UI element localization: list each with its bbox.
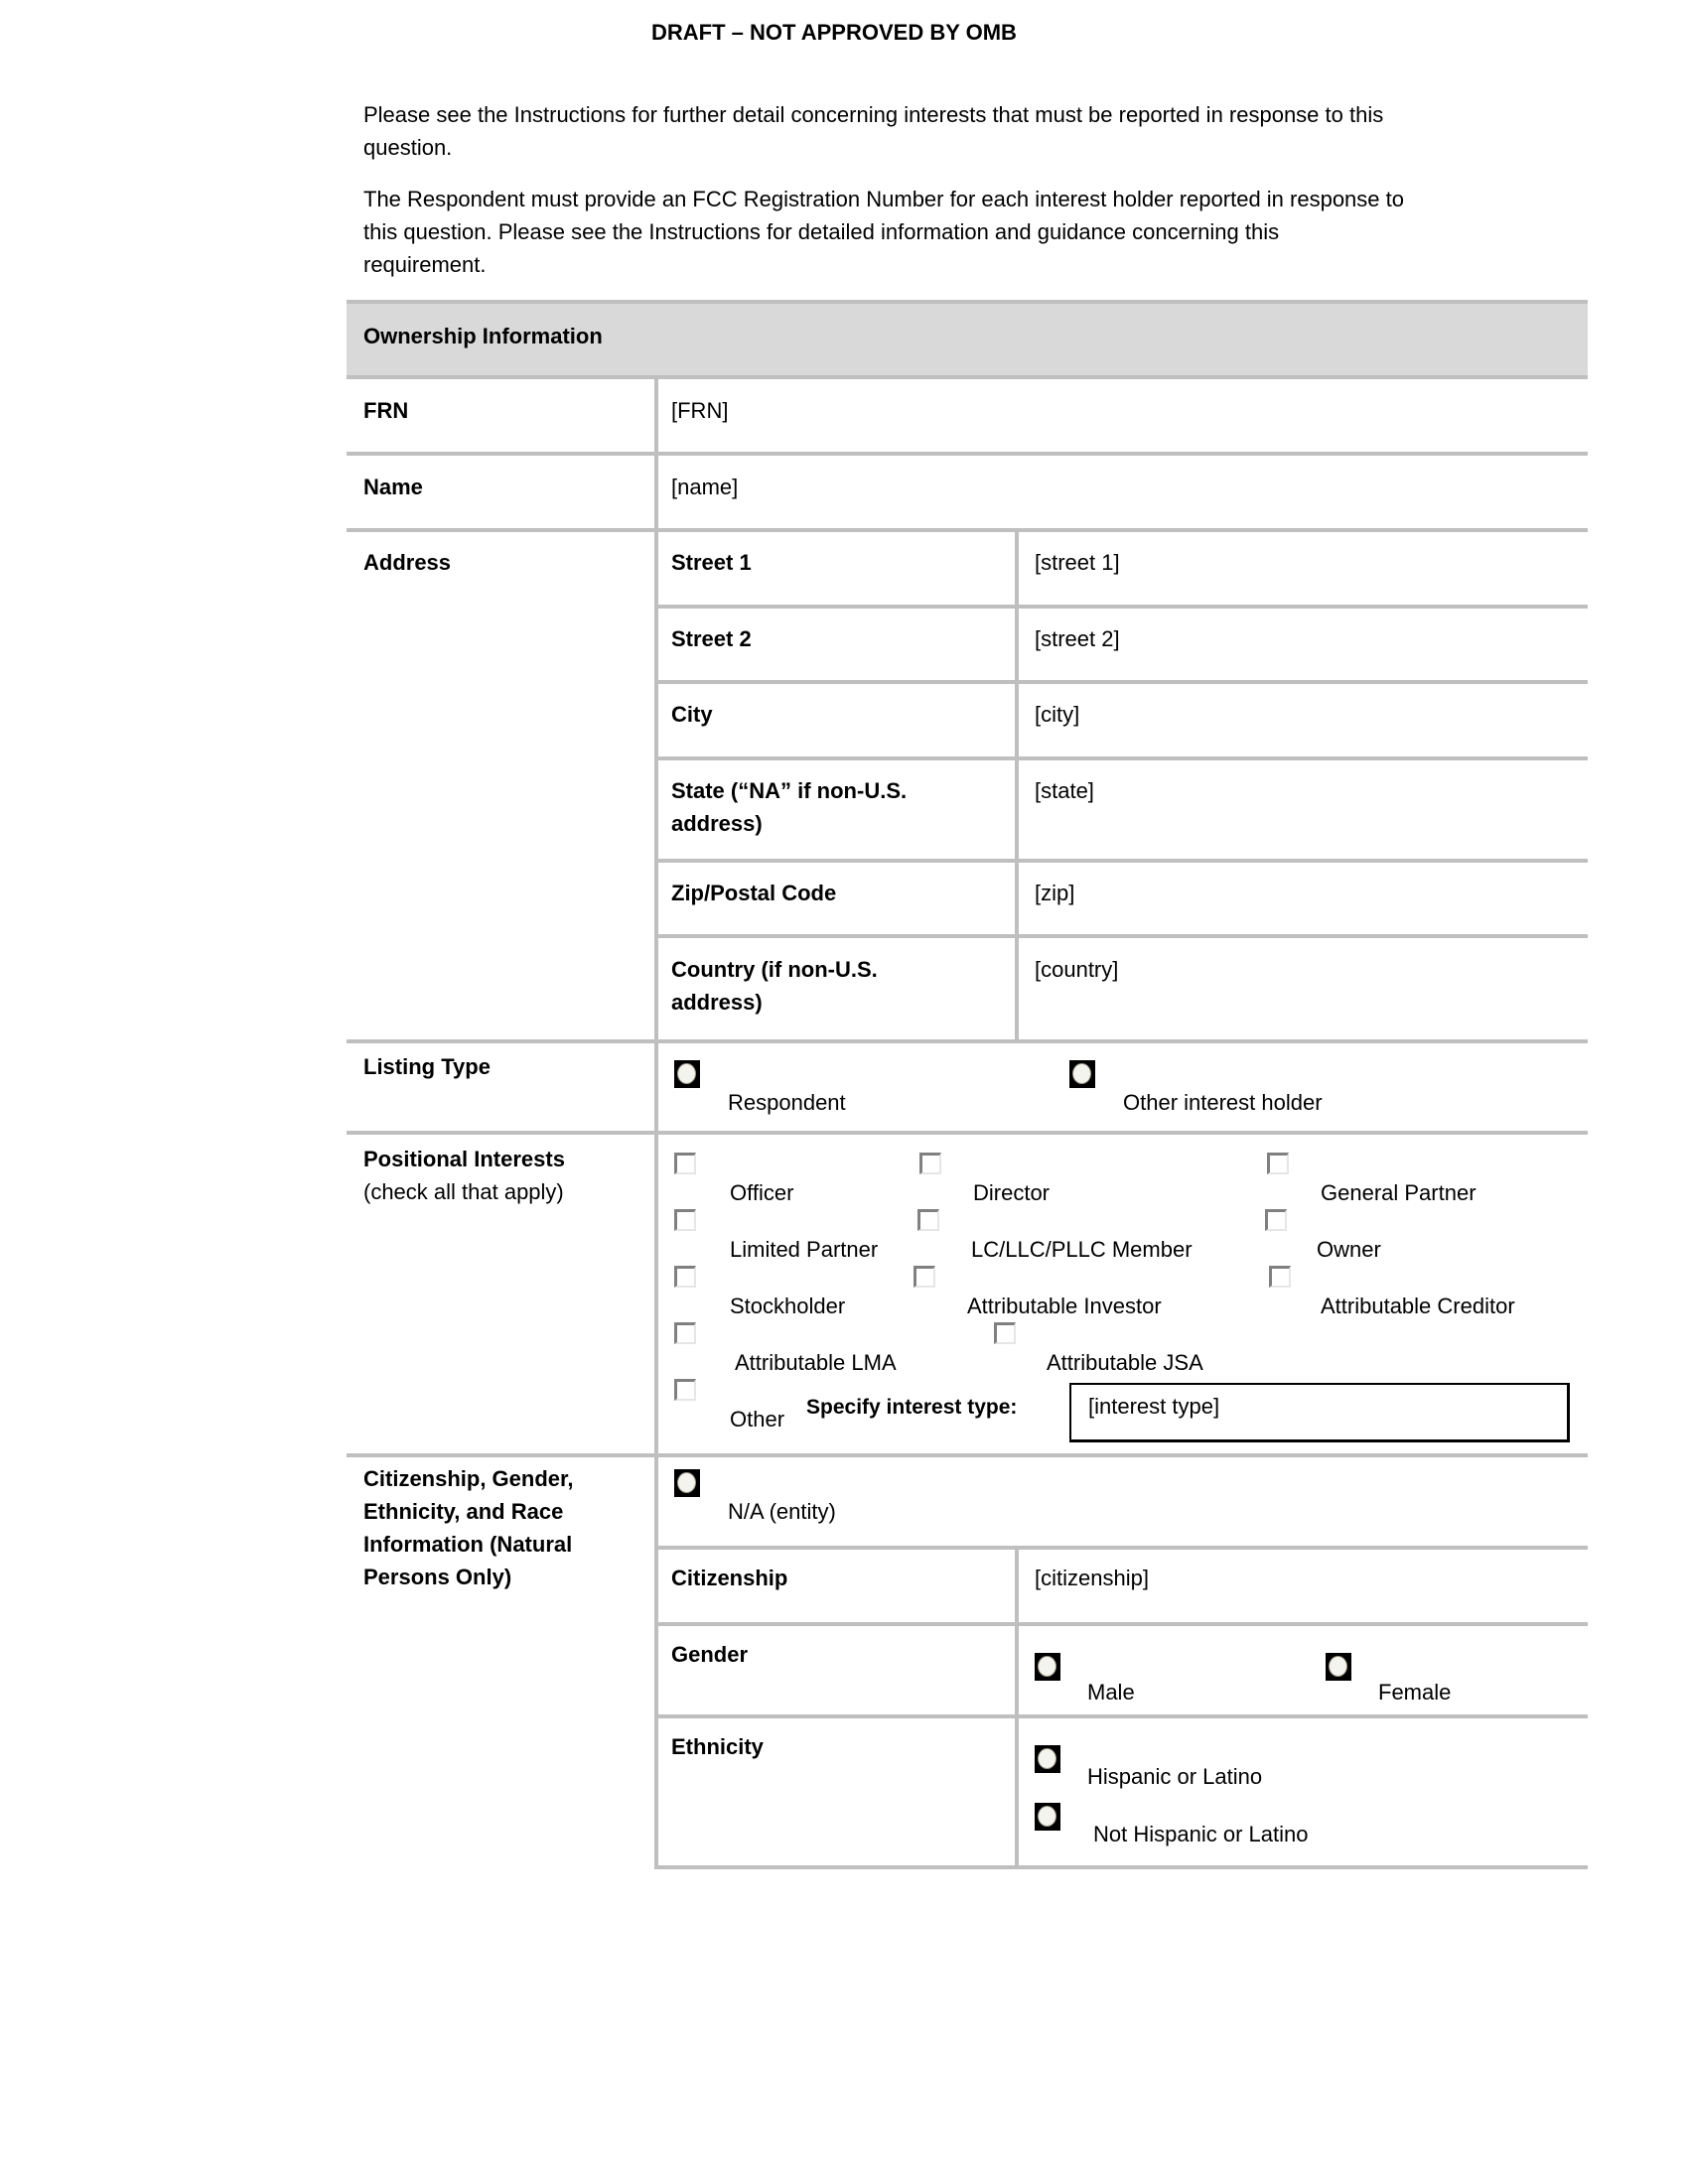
address-label: Address [363, 546, 451, 579]
radio-label: Respondent [728, 1089, 846, 1117]
table-rule [347, 1039, 1588, 1043]
table-rule [656, 1865, 1588, 1869]
radio-icon[interactable] [1326, 1653, 1351, 1681]
table-rule [656, 1622, 1588, 1626]
table-rule [347, 375, 1588, 379]
demographics-label-line: Persons Only) [363, 1561, 573, 1593]
checkbox-icon[interactable] [917, 1209, 939, 1231]
state-field[interactable]: [state] [1035, 774, 1094, 807]
checkbox-label: Owner [1317, 1236, 1381, 1264]
table-rule [656, 605, 1588, 609]
street2-label: Street 2 [671, 622, 752, 655]
name-label: Name [363, 471, 423, 503]
city-field[interactable]: [city] [1035, 698, 1079, 731]
checkbox-icon[interactable] [1269, 1266, 1291, 1288]
intro-paragraph-2-line: this question. Please see the Instructio… [363, 215, 1404, 248]
checkbox-icon[interactable] [1265, 1209, 1287, 1231]
table-column-rule [1015, 531, 1019, 1042]
interest-type-input-value: [interest type] [1088, 1393, 1219, 1421]
zip-label: Zip/Postal Code [671, 877, 836, 909]
ethnicity-label: Ethnicity [671, 1730, 764, 1763]
table-rule [656, 1546, 1588, 1550]
checkbox-icon[interactable] [674, 1209, 696, 1231]
radio-label: Male [1087, 1679, 1135, 1706]
radio-icon[interactable] [1069, 1060, 1095, 1088]
citizenship-field[interactable]: [citizenship] [1035, 1562, 1149, 1594]
positional-interests-hint: (check all that apply) [363, 1175, 564, 1208]
demographics-label: Citizenship, Gender, Ethnicity, and Race… [363, 1462, 573, 1593]
checkbox-icon[interactable] [674, 1322, 696, 1344]
name-field[interactable]: [name] [671, 471, 738, 503]
section-title: Ownership Information [363, 320, 603, 352]
table-rule [347, 452, 1588, 456]
checkbox-label: LC/LLC/PLLC Member [971, 1236, 1193, 1264]
state-label-line: State (“NA” if non-U.S. [671, 774, 907, 807]
country-label: Country (if non-U.S. address) [671, 953, 878, 1019]
intro-paragraph-1-line: question. [363, 131, 1383, 164]
checkbox-icon[interactable] [994, 1322, 1016, 1344]
state-label: State (“NA” if non-U.S. address) [671, 774, 907, 840]
gender-label: Gender [671, 1638, 748, 1671]
table-rule [656, 756, 1588, 760]
radio-label: Female [1378, 1679, 1451, 1706]
frn-label: FRN [363, 394, 408, 427]
checkbox-label: Stockholder [730, 1293, 845, 1320]
interest-type-input[interactable]: [interest type] [1069, 1383, 1570, 1442]
radio-icon[interactable] [1035, 1653, 1060, 1681]
state-label-line: address) [671, 807, 907, 840]
demographics-label-line: Ethnicity, and Race [363, 1495, 573, 1528]
checkbox-icon[interactable] [674, 1153, 696, 1174]
radio-icon[interactable] [1035, 1803, 1060, 1831]
street1-label: Street 1 [671, 546, 752, 579]
city-label: City [671, 698, 713, 731]
checkbox-icon[interactable] [914, 1266, 935, 1288]
checkbox-icon[interactable] [674, 1266, 696, 1288]
radio-label: Hispanic or Latino [1087, 1763, 1262, 1791]
table-rule [656, 1714, 1588, 1718]
checkbox-label: Other [730, 1406, 784, 1433]
demographics-label-line: Citizenship, Gender, [363, 1462, 573, 1495]
checkbox-label: Attributable Investor [967, 1293, 1162, 1320]
table-rule [656, 934, 1588, 938]
radio-icon[interactable] [674, 1469, 700, 1497]
draft-watermark-title: DRAFT – NOT APPROVED BY OMB [651, 20, 1017, 46]
table-rule [656, 859, 1588, 863]
checkbox-icon[interactable] [919, 1153, 941, 1174]
table-rule [347, 528, 1588, 532]
radio-label: N/A (entity) [728, 1498, 836, 1526]
zip-field[interactable]: [zip] [1035, 877, 1074, 909]
table-rule [656, 680, 1588, 684]
street1-field[interactable]: [street 1] [1035, 546, 1120, 579]
table-column-rule [654, 378, 658, 1869]
checkbox-label: General Partner [1321, 1179, 1477, 1207]
radio-label: Other interest holder [1123, 1089, 1323, 1117]
intro-paragraph-1: Please see the Instructions for further … [363, 98, 1383, 164]
table-rule [347, 1131, 1588, 1135]
street2-field[interactable]: [street 2] [1035, 622, 1120, 655]
intro-paragraph-2-line: requirement. [363, 248, 1404, 281]
intro-paragraph-2-line: The Respondent must provide an FCC Regis… [363, 183, 1404, 215]
listing-type-label: Listing Type [363, 1050, 491, 1083]
citizenship-label: Citizenship [671, 1562, 787, 1594]
intro-paragraph-1-line: Please see the Instructions for further … [363, 98, 1383, 131]
table-column-rule [1015, 1549, 1019, 1869]
checkbox-icon[interactable] [1267, 1153, 1289, 1174]
checkbox-label: Attributable LMA [735, 1349, 897, 1377]
country-field[interactable]: [country] [1035, 953, 1118, 986]
checkbox-label: Attributable JSA [1047, 1349, 1203, 1377]
positional-interests-label: Positional Interests [363, 1143, 565, 1175]
checkbox-icon[interactable] [674, 1379, 696, 1401]
table-rule [347, 1453, 1588, 1457]
country-label-line: address) [671, 986, 878, 1019]
intro-paragraph-2: The Respondent must provide an FCC Regis… [363, 183, 1404, 281]
checkbox-label: Officer [730, 1179, 793, 1207]
radio-label: Not Hispanic or Latino [1093, 1821, 1308, 1848]
checkbox-label: Limited Partner [730, 1236, 878, 1264]
checkbox-label: Attributable Creditor [1321, 1293, 1515, 1320]
country-label-line: Country (if non-U.S. [671, 953, 878, 986]
specify-interest-type-label: Specify interest type: [806, 1391, 1017, 1424]
checkbox-label: Director [973, 1179, 1050, 1207]
frn-field[interactable]: [FRN] [671, 394, 728, 427]
demographics-label-line: Information (Natural [363, 1528, 573, 1561]
table-rule [347, 300, 1588, 304]
radio-icon[interactable] [674, 1060, 700, 1088]
radio-icon[interactable] [1035, 1745, 1060, 1773]
